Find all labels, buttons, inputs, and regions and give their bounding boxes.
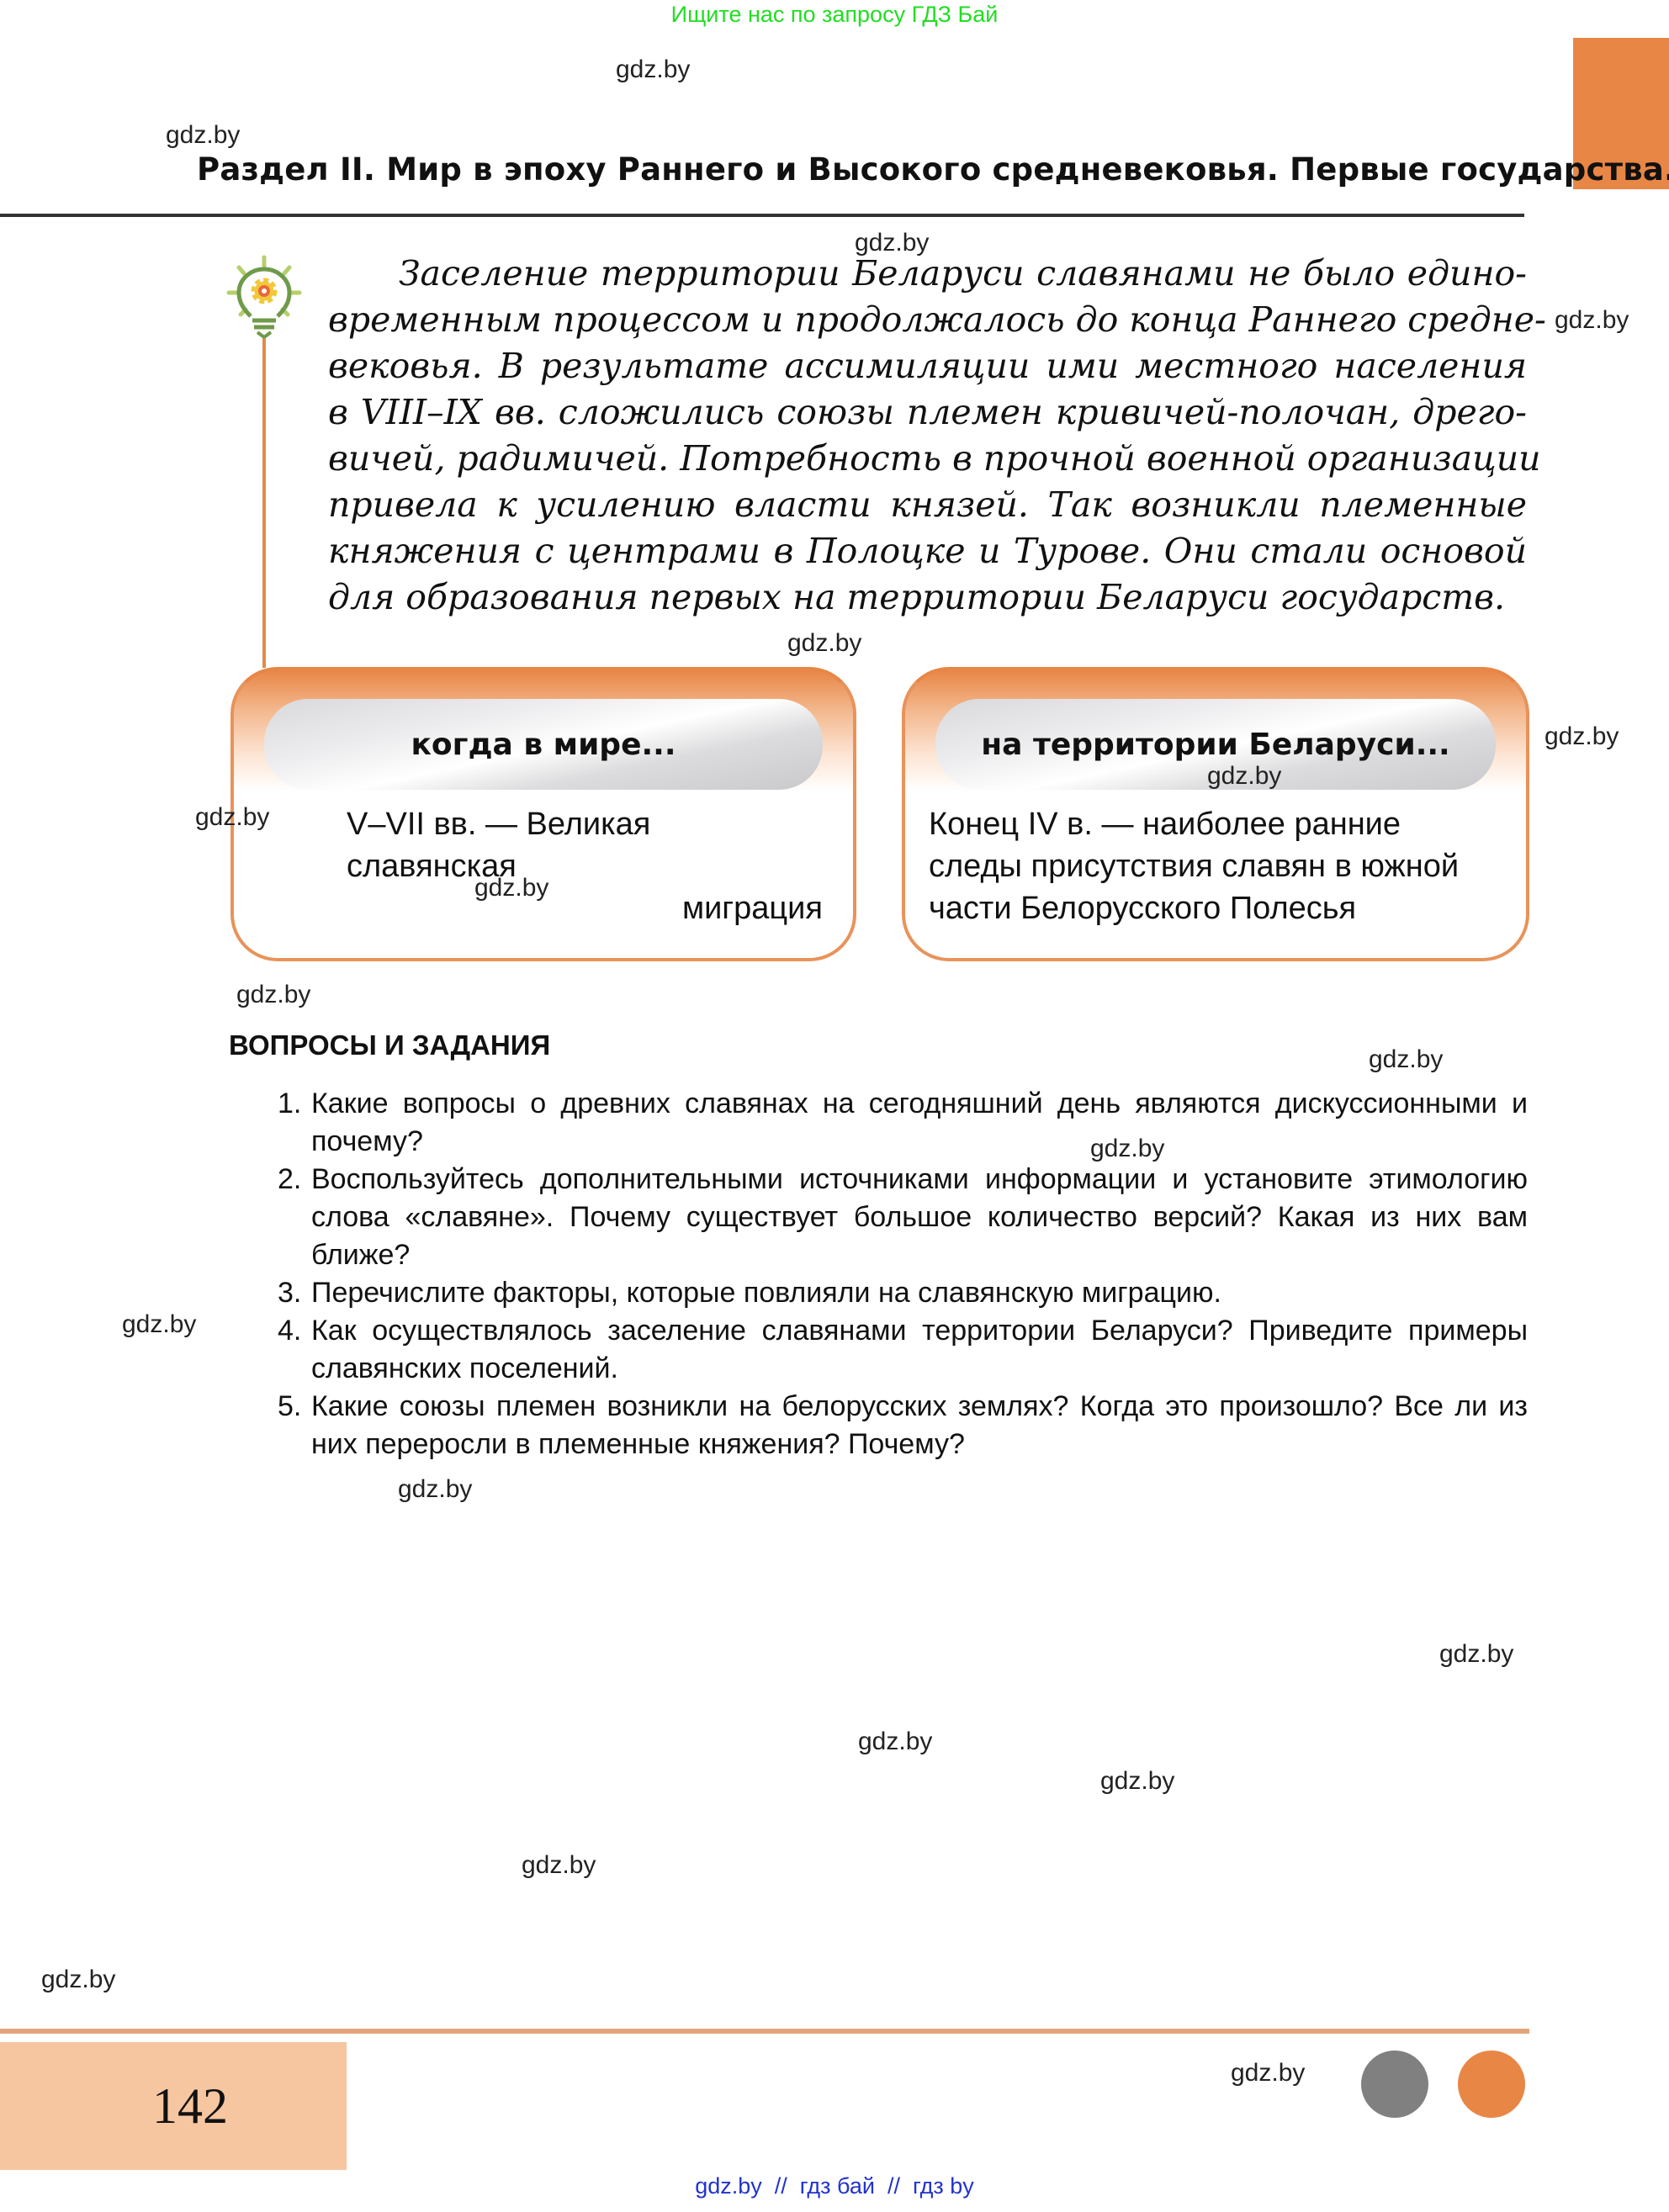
- summary-line: вековья. В результате ассимиляции ими ме…: [328, 343, 1527, 389]
- page-number-box: 142: [0, 2042, 347, 2170]
- question-item: 2.Воспользуйтесь дополнительными источни…: [278, 1161, 1528, 1274]
- card-title: на территории Беларуси...: [981, 728, 1449, 762]
- card-line: V–VII вв. — Великая славянская: [347, 803, 823, 887]
- card-line: части Белорусского Полесья: [929, 887, 1496, 929]
- question-text: Какие союзы племен возникли на белорусск…: [311, 1390, 1528, 1460]
- watermark: gdz.by: [195, 803, 269, 832]
- summary-line: вичей, радимичей. Потребность в прочной …: [328, 436, 1527, 482]
- watermark: gdz.by: [398, 1475, 472, 1504]
- belarus-timeline-card: на территории Беларуси... Конец IV в. — …: [902, 667, 1529, 961]
- question-number: 3.: [278, 1274, 301, 1312]
- watermark: gdz.by: [236, 981, 310, 1009]
- question-item: 5.Какие союзы племен возникли на белорус…: [278, 1388, 1528, 1463]
- card-line: миграция: [682, 891, 823, 926]
- summary-line: привела к усилению власти князей. Так во…: [328, 482, 1527, 528]
- watermark: gdz.by: [122, 1310, 196, 1339]
- card-title: когда в мире...: [411, 728, 676, 762]
- card-line: следы присутствия славян в южной: [929, 845, 1496, 887]
- watermark: gdz.by: [1439, 1640, 1513, 1669]
- promo-banner-bottom: gdz.by // гдз бай // гдз by: [0, 2173, 1669, 2199]
- promo-banner-top: Ищите нас по запросу ГДЗ Бай: [0, 2, 1669, 28]
- watermark: gdz.by: [787, 629, 861, 658]
- watermark: gdz.by: [1100, 1767, 1174, 1796]
- grey-circle-icon: [1361, 2051, 1428, 2118]
- question-item: 1.Какие вопросы о древних славянах на се…: [278, 1085, 1528, 1161]
- summary-line: княжения с центрами в Полоцке и Турове. …: [328, 528, 1527, 574]
- footer-divider: [0, 2029, 1529, 2034]
- summary-line: для образования первых на территории Бел…: [328, 574, 1527, 621]
- lightbulb-gear-icon: [225, 254, 303, 338]
- connector-line: [262, 338, 266, 668]
- question-item: 3.Перечислите факторы, которые повлияли …: [278, 1274, 1528, 1312]
- summary-line: временным процессом и продолжалось до ко…: [328, 297, 1527, 343]
- watermark: gdz.by: [1231, 2059, 1305, 2088]
- header-divider: [0, 214, 1524, 217]
- card-header-pill: когда в мире...: [264, 699, 823, 790]
- watermark: gdz.by: [166, 121, 240, 150]
- question-text: Какие вопросы о древних славянах на сего…: [311, 1087, 1528, 1157]
- card-body: V–VII вв. — Великая славянская миграция: [347, 803, 823, 929]
- card-line: Конец IV в. — наиболее ранние: [929, 803, 1496, 845]
- section-title: Раздел II. Мир в эпоху Раннего и Высоког…: [197, 151, 1669, 188]
- question-text: Воспользуйтесь дополнительными источника…: [311, 1163, 1528, 1271]
- question-item: 4.Как осуществлялось заселение славянами…: [278, 1312, 1528, 1388]
- question-text: Перечислите факторы, которые повлияли на…: [311, 1277, 1221, 1309]
- watermark: gdz.by: [41, 1966, 115, 1994]
- watermark: gdz.by: [616, 56, 690, 84]
- question-text: Как осуществлялось заселение славянами т…: [311, 1315, 1528, 1384]
- questions-list: 1.Какие вопросы о древних славянах на се…: [278, 1085, 1528, 1463]
- question-number: 5.: [278, 1388, 301, 1426]
- watermark: gdz.by: [858, 1728, 932, 1756]
- summary-paragraph: Заселение территории Беларуси славянами …: [328, 251, 1527, 621]
- watermark: gdz.by: [1090, 1135, 1164, 1163]
- world-timeline-card: когда в мире... V–VII вв. — Великая слав…: [230, 667, 856, 961]
- page-number: 142: [0, 2042, 380, 2170]
- questions-heading: ВОПРОСЫ И ЗАДАНИЯ: [229, 1029, 550, 1061]
- watermark: gdz.by: [1544, 722, 1619, 751]
- summary-line: в VIII–IX вв. сложились союзы племен кри…: [328, 389, 1527, 436]
- watermark: gdz.by: [1555, 306, 1629, 335]
- card-body: Конец IV в. — наиболее ранние следы прис…: [929, 803, 1496, 929]
- watermark: gdz.by: [1207, 762, 1281, 791]
- question-number: 4.: [278, 1312, 301, 1350]
- watermark: gdz.by: [1369, 1045, 1443, 1074]
- watermark: gdz.by: [855, 229, 929, 257]
- watermark: gdz.by: [474, 874, 548, 902]
- summary-line: Заселение территории Беларуси славянами …: [328, 251, 1527, 297]
- watermark: gdz.by: [522, 1851, 596, 1880]
- orange-circle-icon: [1458, 2051, 1525, 2118]
- question-number: 1.: [278, 1085, 301, 1123]
- question-number: 2.: [278, 1161, 301, 1199]
